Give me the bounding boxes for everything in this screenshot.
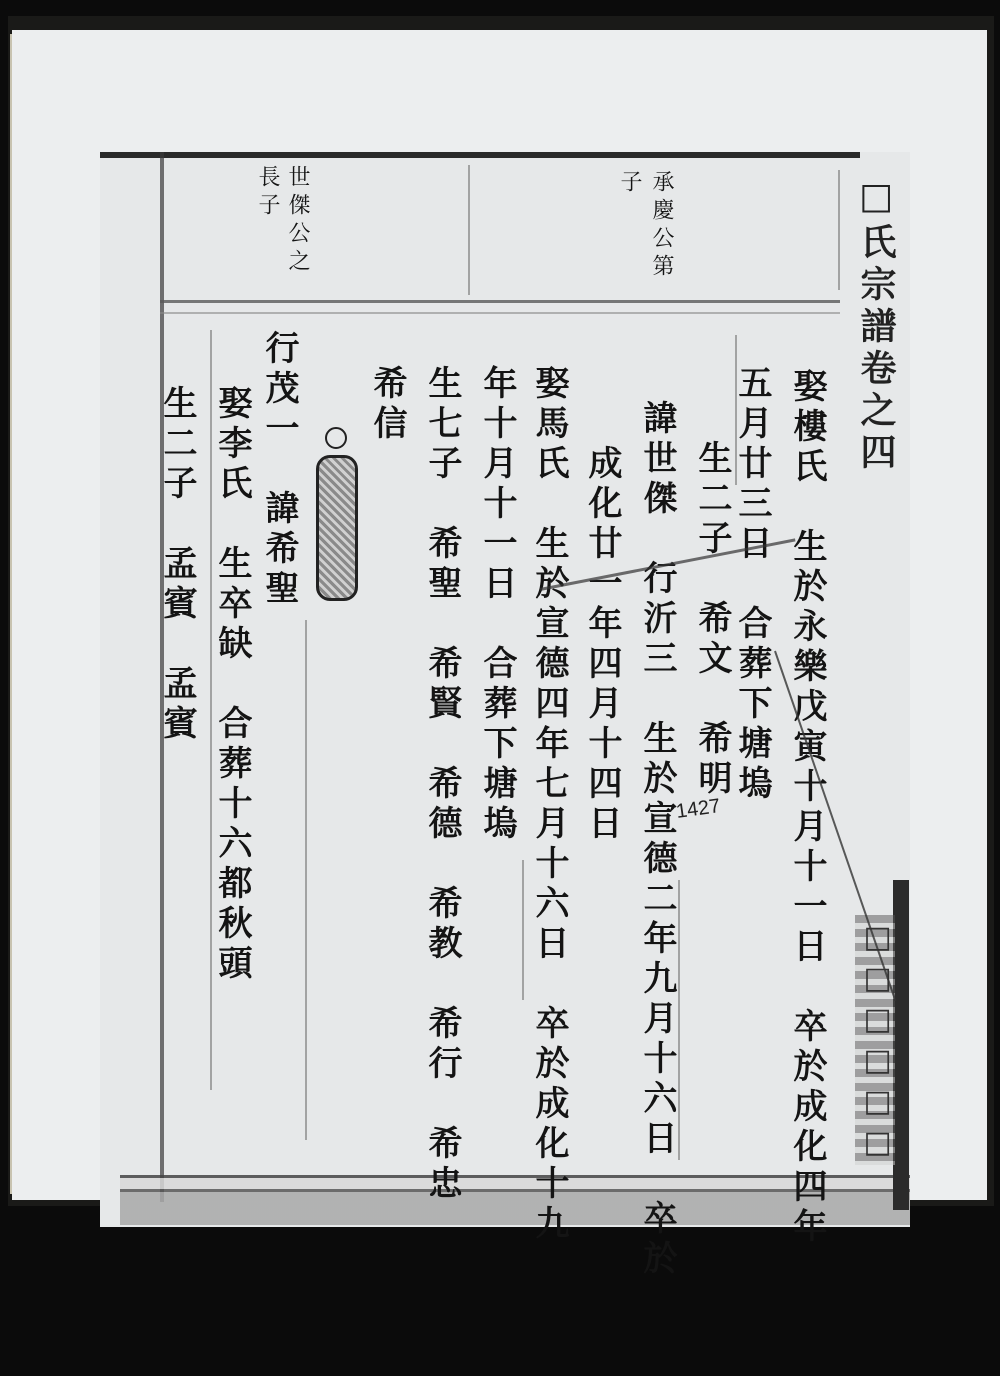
entry-column-10: 行茂一 諱希聖 <box>262 330 296 610</box>
column-rule <box>838 170 840 290</box>
column-rule <box>522 860 524 1000</box>
entry-column-9: 希信 <box>370 365 404 445</box>
column-rule <box>678 880 680 1160</box>
entry-column-3: 生二子 希文 希明 <box>695 440 729 800</box>
entry-column-11: 娶李氏 生卒缺 合葬十六都秋頭 <box>215 385 249 985</box>
entry-column-7: 年十月十一日 合葬下塘塢 <box>480 365 514 845</box>
entry-column-12: 生二子 孟賓 孟賓 <box>160 385 194 745</box>
column-rule <box>468 165 470 295</box>
entry-column-6: 娶馬氏 生於宣德四年七月十六日 卒於成化十九 <box>532 365 566 1245</box>
top-border-rule <box>100 152 860 158</box>
entry-column-8: 生七子 希聖 希賢 希德 希教 希行 希忠 <box>425 365 459 1205</box>
header-divider-rule <box>160 300 840 303</box>
entry-column-4: 諱世傑 行沂三 生於宣德二年九月十六日 卒於 <box>640 400 674 1280</box>
running-head: □□□□□□ <box>862 920 892 1166</box>
circle-mark-icon <box>325 427 347 449</box>
page-title: □氏宗譜卷之四 <box>858 175 894 475</box>
header-note-shijie-line2: 長子 <box>256 165 278 221</box>
header-note-chengqing-line1: 承慶公第 <box>650 170 672 282</box>
entry-column-2: 五月廿三日 合葬下塘塢 <box>735 365 769 805</box>
column-rule <box>305 620 307 1140</box>
header-note-shijie-line1: 世傑公之 <box>286 165 308 277</box>
right-border-band <box>893 880 909 1210</box>
header-divider-rule-2 <box>160 312 840 314</box>
seal-stamp-icon <box>316 455 358 601</box>
entry-column-5: 成化廿一年四月十四日 <box>585 445 619 845</box>
header-note-chengqing-line2: 子 <box>618 170 640 198</box>
entry-column-1: 娶樓氏 生於永樂戊寅十月十一日 卒於成化四年 <box>790 368 824 1248</box>
